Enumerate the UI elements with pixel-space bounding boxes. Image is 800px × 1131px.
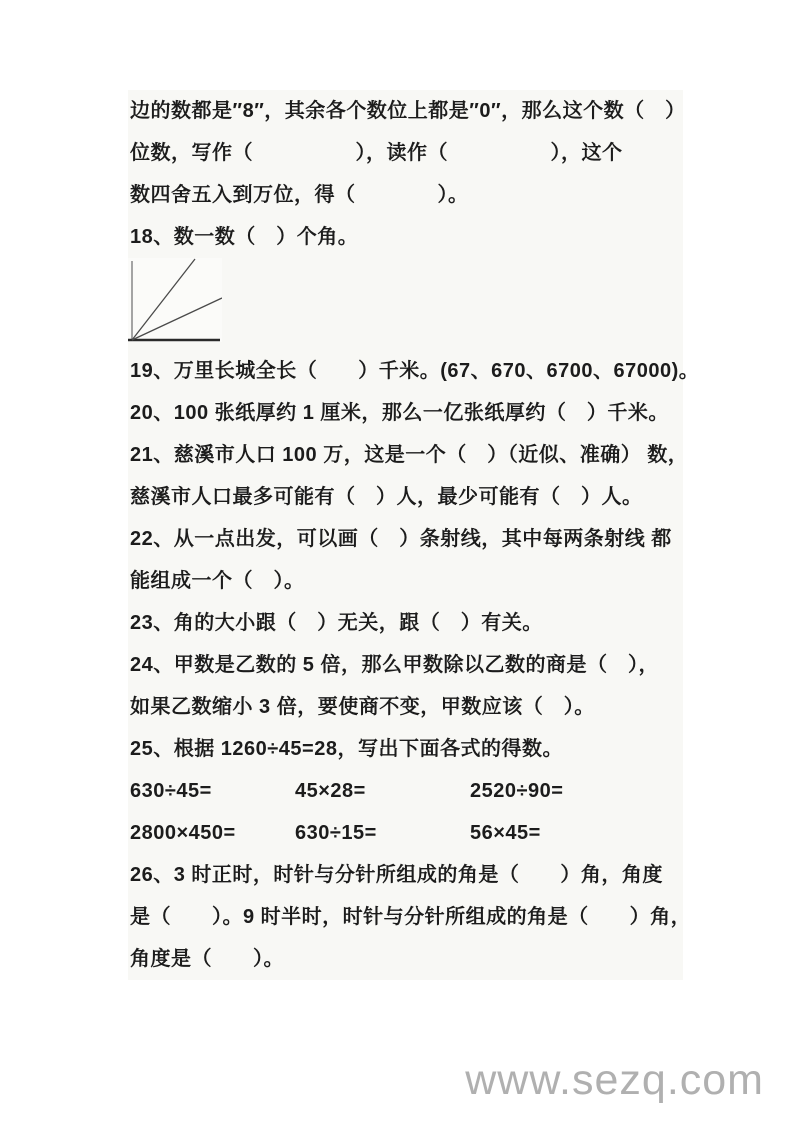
q25-prompt: 25、根据 1260÷45=28，写出下面各式的得数。 (128, 728, 683, 770)
q24-prompt-line-2: 如果乙数缩小 3 倍，要使商不变，甲数应该（ ）。 (128, 686, 683, 728)
equation-item: 2520÷90= (470, 770, 683, 812)
equation-item: 2800×450= (130, 812, 295, 854)
worksheet-page: 边的数都是″8″，其余各个数位上都是″0″，那么这个数（ ） 位数，写作（ ），… (0, 0, 800, 1131)
equation-item: 630÷15= (295, 812, 470, 854)
q20-prompt: 20、100 张纸厚约 1 厘米，那么一亿张纸厚约（ ）千米。 (128, 392, 683, 434)
q21-prompt-line-1: 21、慈溪市人口 100 万，这是一个（ ）（近似、准确） 数， (128, 434, 683, 476)
q23-prompt: 23、角的大小跟（ ）无关，跟（ ）有关。 (128, 602, 683, 644)
equation-row-1: 630÷45= 45×28= 2520÷90= (128, 770, 683, 812)
equation-row-2: 2800×450= 630÷15= 56×45= (128, 812, 683, 854)
worksheet-body: 边的数都是″8″，其余各个数位上都是″0″，那么这个数（ ） 位数，写作（ ），… (128, 90, 683, 980)
q17-continuation-line-3: 数四舍五入到万位，得（ ）。 (128, 174, 683, 216)
angle-count-figure (128, 258, 222, 342)
q19-prompt: 19、万里长城全长（ ）千米。(67、670、6700、67000)。 (128, 350, 683, 392)
q21-prompt-line-2: 慈溪市人口最多可能有（ ）人，最少可能有（ ）人。 (128, 476, 683, 518)
q26-prompt-line-3: 角度是（ ）。 (128, 938, 683, 980)
equation-item: 630÷45= (130, 770, 295, 812)
steep-ray-line (132, 259, 195, 340)
q24-prompt-line-1: 24、甲数是乙数的 5 倍，那么甲数除以乙数的商是（ ）， (128, 644, 683, 686)
q17-continuation-line-2: 位数，写作（ ），读作（ ），这个 (128, 132, 683, 174)
equation-item: 56×45= (470, 812, 683, 854)
site-watermark: www.sezq.com (465, 1057, 764, 1103)
q26-prompt-line-1: 26、3 时正时，时针与分针所组成的角是（ ）角，角度 (128, 854, 683, 896)
q17-continuation-line-1: 边的数都是″8″，其余各个数位上都是″0″，那么这个数（ ） (128, 90, 683, 132)
q22-prompt-line-1: 22、从一点出发，可以画（ ）条射线，其中每两条射线 都 (128, 518, 683, 560)
shallow-ray-line (132, 298, 222, 340)
angle-rays-svg (128, 258, 222, 342)
q26-prompt-line-2: 是（ ）。9 时半时，时针与分针所组成的角是（ ）角， (128, 896, 683, 938)
equation-item: 45×28= (295, 770, 470, 812)
q18-prompt: 18、数一数（ ）个角。 (128, 216, 683, 258)
q22-prompt-line-2: 能组成一个（ ）。 (128, 560, 683, 602)
